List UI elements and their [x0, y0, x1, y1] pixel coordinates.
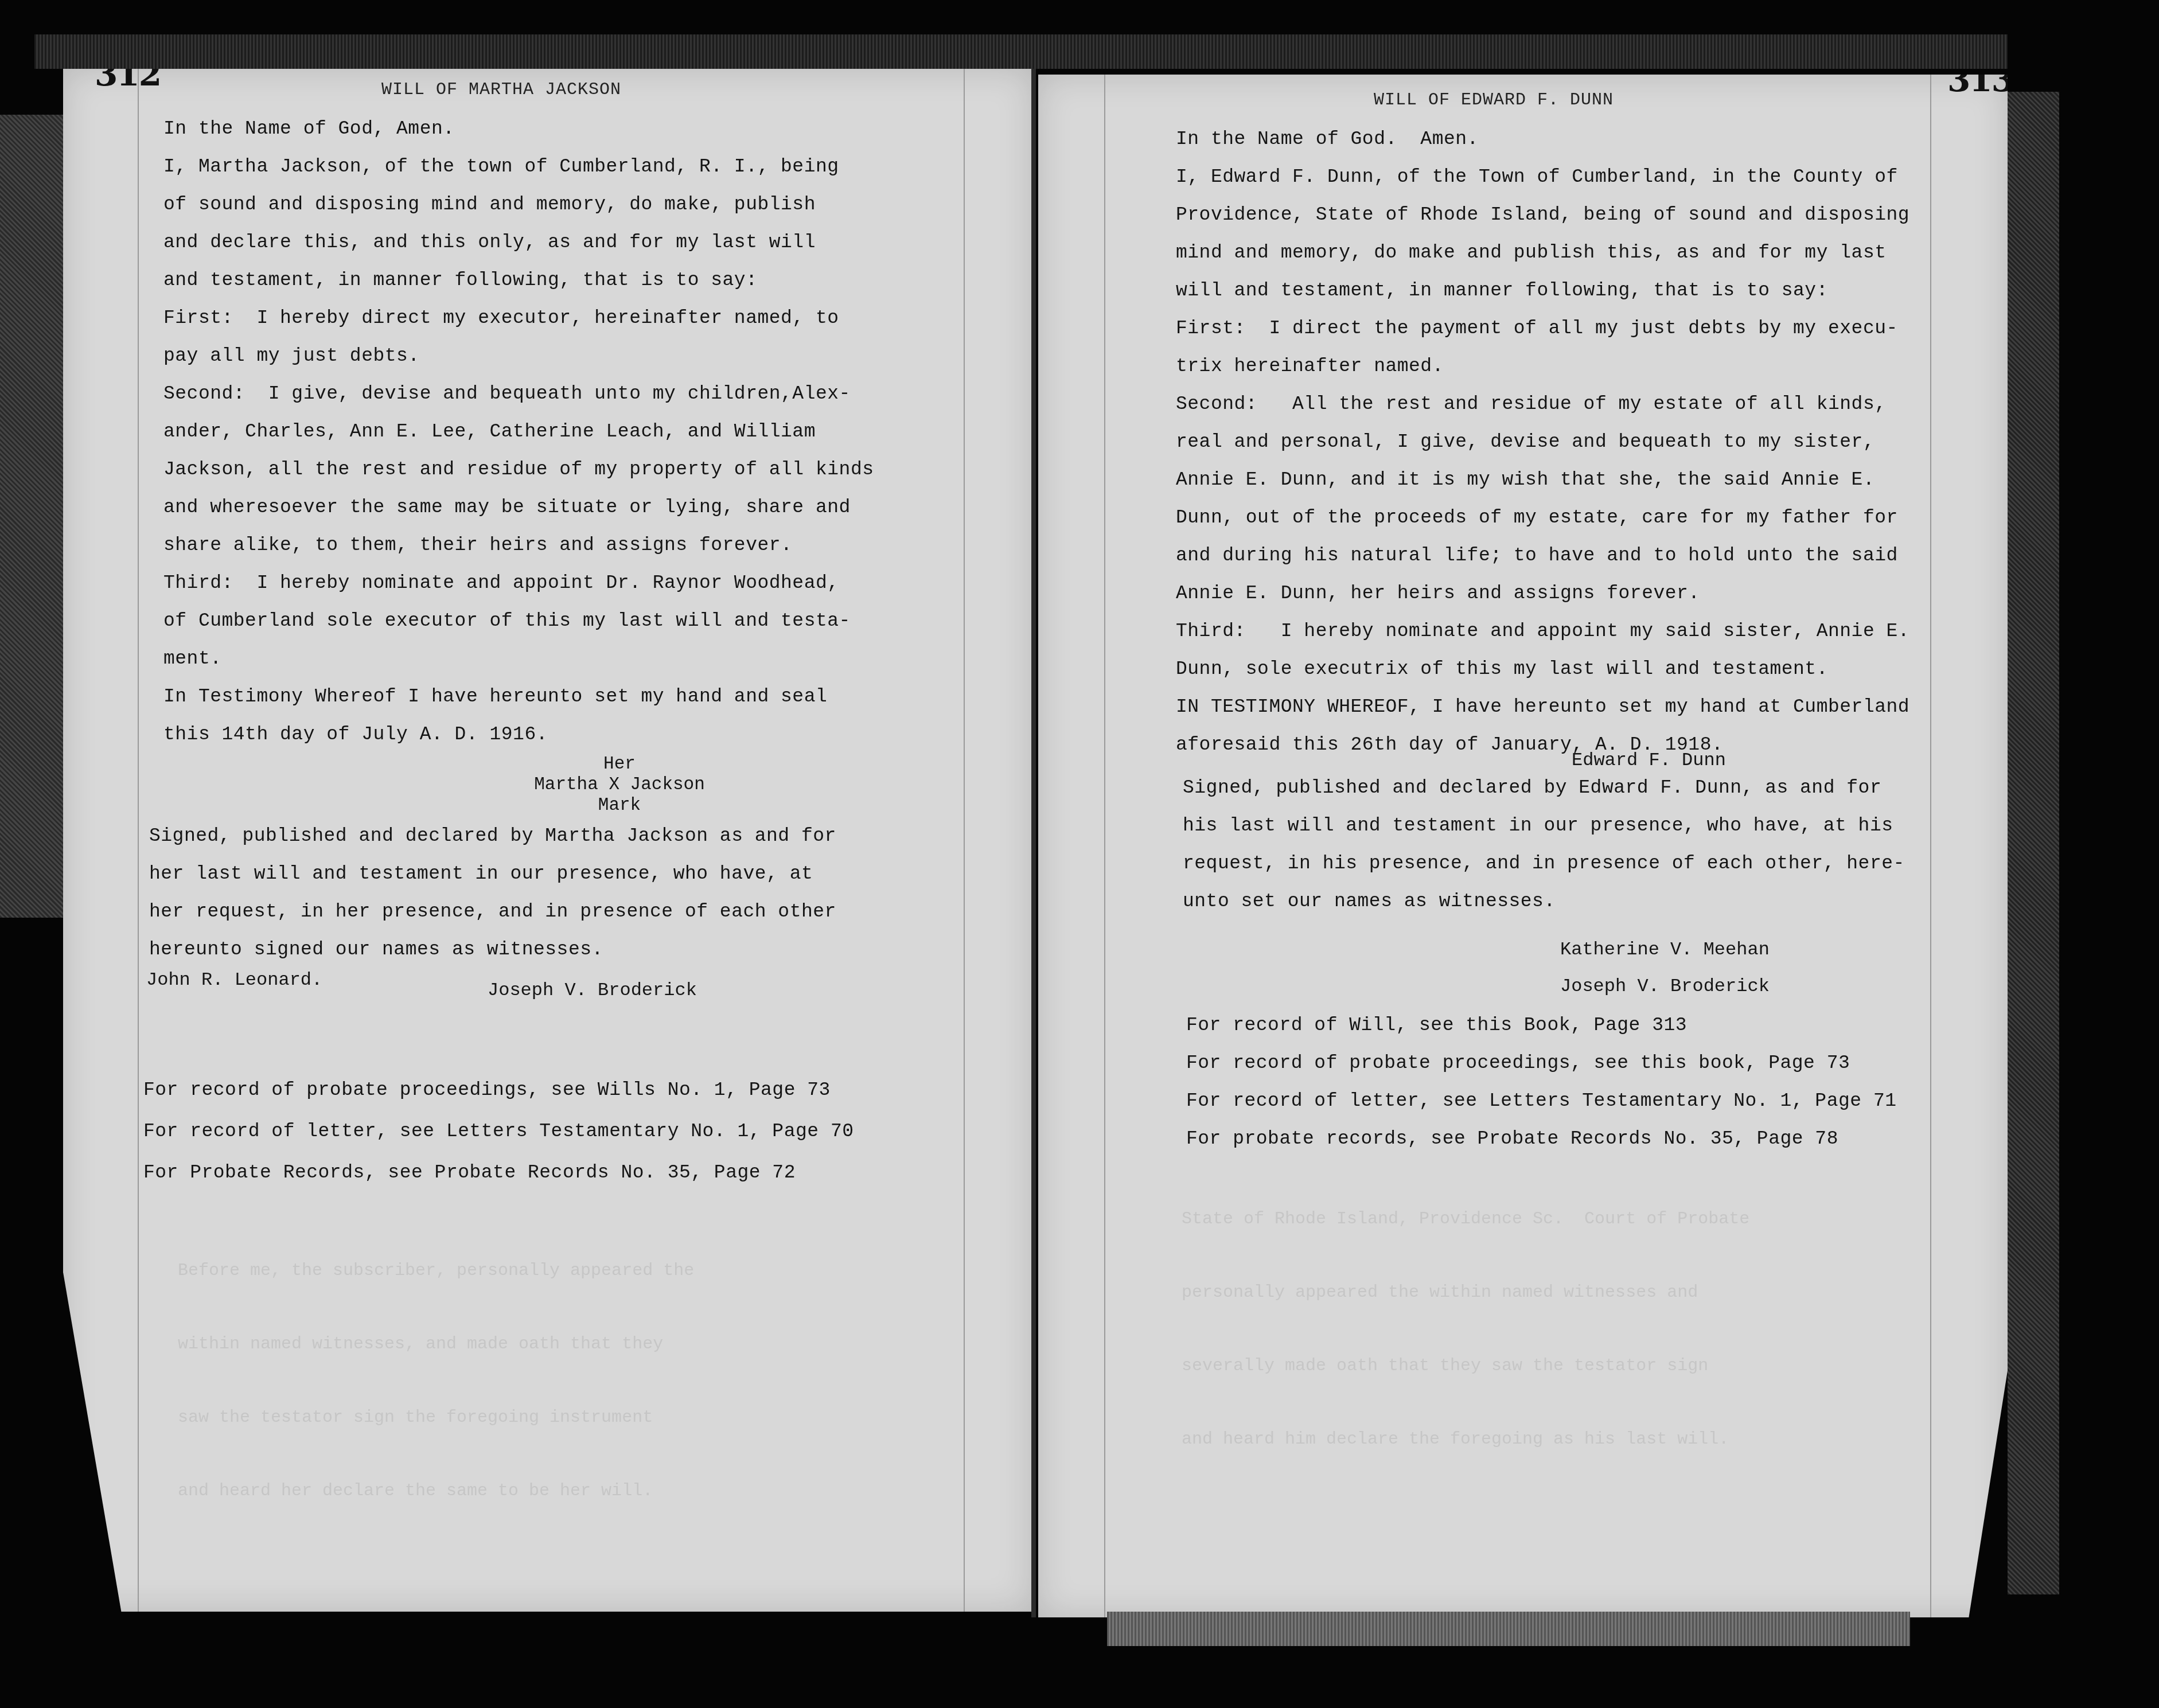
record-reference: For record of letter, see Letters Testam… [1186, 1082, 1897, 1120]
attestation-line: her request, in her presence, and in pre… [149, 893, 836, 931]
book-cover-top [34, 34, 2008, 69]
record-reference: For record of Will, see this Book, Page … [1186, 1007, 1897, 1044]
text-line: this 14th day of July A. D. 1916. [163, 716, 874, 754]
text-line: of sound and disposing mind and memory, … [163, 186, 874, 224]
text-line: Third: I hereby nominate and appoint Dr.… [163, 564, 874, 602]
text-line: and during his natural life; to have and… [1176, 537, 1909, 575]
text-line: Second: All the rest and residue of my e… [1176, 385, 1909, 423]
text-line: In the Name of God, Amen. [163, 110, 874, 148]
text-line: I, Edward F. Dunn, of the Town of Cumber… [1176, 158, 1909, 196]
attestation-line: hereunto signed our names as witnesses. [149, 931, 836, 969]
text-line: Dunn, out of the proceeds of my estate, … [1176, 499, 1909, 537]
attestation-line: her last will and testament in our prese… [149, 855, 836, 893]
signature-name: Martha X Jackson [499, 775, 740, 795]
attestation-clause: Signed, published and declared by Martha… [149, 817, 836, 969]
text-line: and declare this, and this only, as and … [163, 224, 874, 262]
attestation-line: Signed, published and declared by Edward… [1183, 769, 1905, 807]
will-body: In the Name of God, Amen.I, Martha Jacks… [163, 110, 874, 754]
attestation-line: unto set our names as witnesses. [1183, 883, 1905, 921]
text-line: Third: I hereby nominate and appoint my … [1176, 613, 1909, 650]
attestation-clause: Signed, published and declared by Edward… [1183, 769, 1905, 921]
witness-1: John R. Leonard. [146, 969, 322, 991]
text-line: Jackson, all the rest and residue of my … [163, 451, 874, 489]
right-margin-rule [964, 69, 965, 1612]
text-line: First: I hereby direct my executor, here… [163, 299, 874, 337]
bleed-through-text: Before me, the subscriber, personally ap… [178, 1216, 694, 1546]
book-cover-left [0, 115, 69, 918]
text-line: aforesaid this 26th day of January, A. D… [1176, 726, 1909, 764]
attestation-line: his last will and testament in our prese… [1183, 807, 1905, 845]
signature-mark: Mark [499, 795, 740, 816]
will-body: In the Name of God. Amen.I, Edward F. Du… [1176, 120, 1909, 764]
left-margin-rule [138, 69, 139, 1612]
testator-signature: Her Martha X Jackson Mark [499, 754, 740, 816]
record-reference: For record of probate proceedings, see W… [143, 1070, 854, 1111]
text-line: In Testimony Whereof I have hereunto set… [163, 678, 874, 716]
bleed-through-text: State of Rhode Island, Providence Sc. Co… [1182, 1164, 1749, 1495]
record-reference: For record of probate proceedings, see t… [1186, 1044, 1897, 1082]
witness-2: Joseph V. Broderick [1560, 976, 1770, 997]
witness-2: Joseph V. Broderick [488, 980, 697, 1001]
text-line: and testament, in manner following, that… [163, 262, 874, 299]
witness-1: Katherine V. Meehan [1560, 939, 1770, 960]
record-reference: For record of letter, see Letters Testam… [143, 1111, 854, 1152]
text-line: In the Name of God. Amen. [1176, 120, 1909, 158]
record-reference: For Probate Records, see Probate Records… [143, 1152, 854, 1194]
text-line: IN TESTIMONY WHEREOF, I have hereunto se… [1176, 688, 1909, 726]
text-line: trix hereinafter named. [1176, 348, 1909, 385]
right-margin-rule [1930, 75, 1931, 1617]
text-line: Annie E. Dunn, her heirs and assigns for… [1176, 575, 1909, 613]
will-heading: WILL OF EDWARD F. DUNN [1374, 91, 1614, 110]
text-line: ander, Charles, Ann E. Lee, Catherine Le… [163, 413, 874, 451]
page-edges [1107, 1612, 1910, 1646]
text-line: First: I direct the payment of all my ju… [1176, 310, 1909, 348]
signature-her: Her [499, 754, 740, 775]
text-line: I, Martha Jackson, of the town of Cumber… [163, 148, 874, 186]
text-line: will and testament, in manner following,… [1176, 272, 1909, 310]
book-cover-right [2008, 92, 2059, 1594]
text-line: mind and memory, do make and publish thi… [1176, 234, 1909, 272]
left-page: 312 WILL OF MARTHA JACKSON In the Name o… [63, 69, 1032, 1612]
text-line: pay all my just debts. [163, 337, 874, 375]
text-line: ment. [163, 640, 874, 678]
record-references: For record of probate proceedings, see W… [143, 1070, 854, 1194]
text-line: and wheresoever the same may be situate … [163, 489, 874, 527]
text-line: Dunn, sole executrix of this my last wil… [1176, 650, 1909, 688]
text-line: of Cumberland sole executor of this my l… [163, 602, 874, 640]
text-line: Annie E. Dunn, and it is my wish that sh… [1176, 461, 1909, 499]
text-line: Second: I give, devise and bequeath unto… [163, 375, 874, 413]
left-margin-rule [1104, 75, 1105, 1617]
record-references: For record of Will, see this Book, Page … [1186, 1007, 1897, 1158]
attestation-line: request, in his presence, and in presenc… [1183, 845, 1905, 883]
text-line: share alike, to them, their heirs and as… [163, 527, 874, 564]
will-heading: WILL OF MARTHA JACKSON [381, 80, 621, 100]
record-reference: For probate records, see Probate Records… [1186, 1120, 1897, 1158]
right-page: 313 WILL OF EDWARD F. DUNN In the Name o… [1038, 75, 2008, 1617]
testator-signature: Edward F. Dunn [1572, 750, 1726, 771]
book-gutter [1031, 69, 1036, 1617]
attestation-line: Signed, published and declared by Martha… [149, 817, 836, 855]
text-line: real and personal, I give, devise and be… [1176, 423, 1909, 461]
text-line: Providence, State of Rhode Island, being… [1176, 196, 1909, 234]
